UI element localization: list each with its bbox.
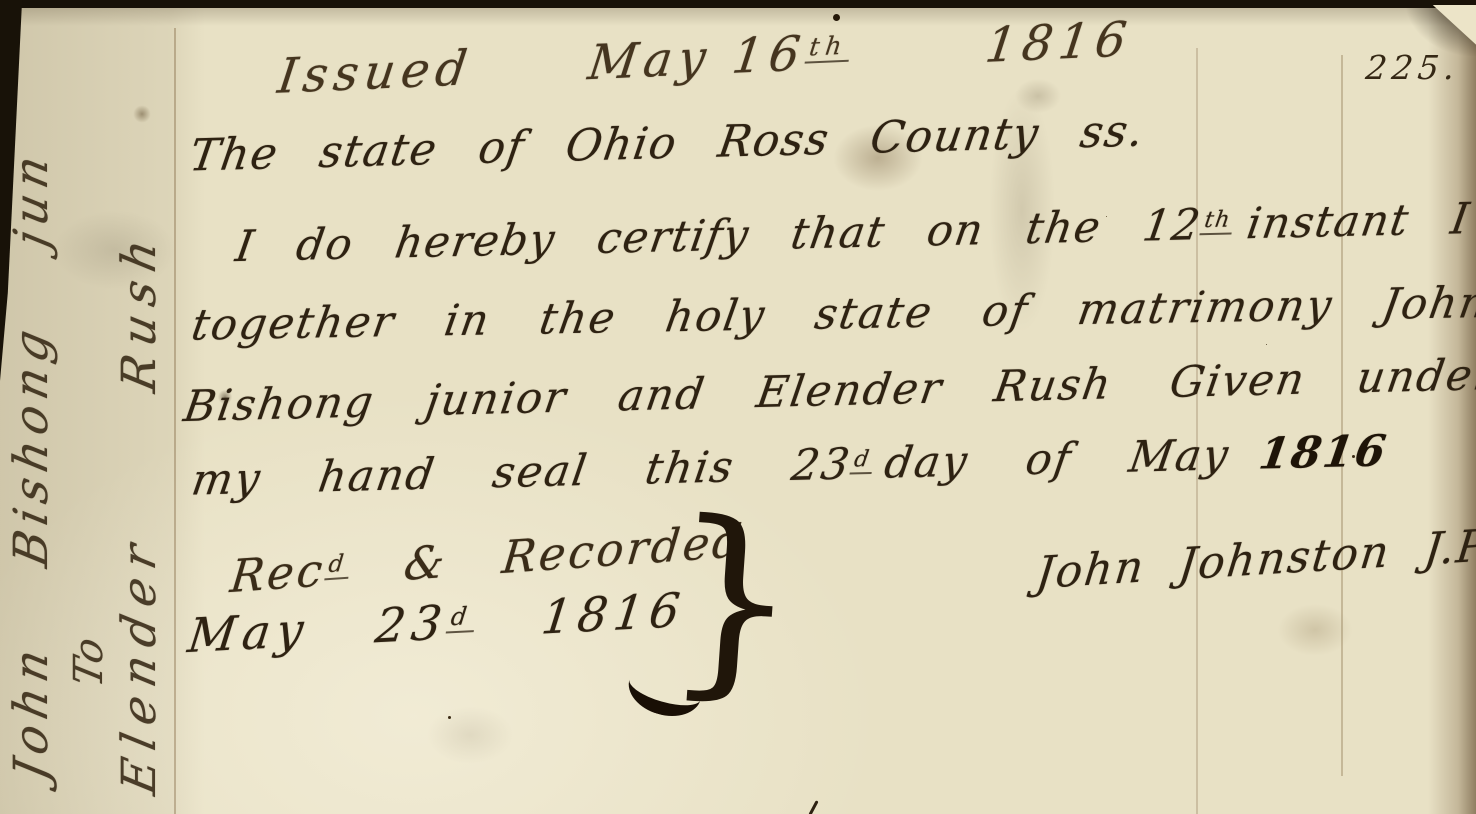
issued-date: May 16	[585, 25, 809, 91]
jurisdiction-line: The state of Ohio Ross County ss.	[186, 105, 1148, 181]
recorded-date-sup: d	[446, 600, 477, 633]
certify-text-1a: I do hereby certify that on the 12	[232, 200, 1204, 272]
certify-text-2: together in the holy state of matrimony …	[188, 278, 1476, 351]
recorded-abbrev-sup: d	[324, 549, 351, 581]
margin-connector: To	[66, 0, 112, 691]
certify-text-4b: day of May	[881, 430, 1233, 489]
cutoff-pen-stroke	[808, 800, 818, 814]
paper-background: 225. John Bishong jun To Elender Rush Is…	[0, 0, 1476, 814]
certification-line-1: I do hereby certify that on the 12thinst…	[232, 190, 1476, 272]
issued-word: Issued	[275, 40, 477, 105]
issued-year: 1816	[982, 11, 1135, 74]
scan-edge-top	[0, 0, 1476, 8]
justice-signature: John Johnston J.P.	[1033, 520, 1476, 600]
scanned-record-page: 225. John Bishong jun To Elender Rush Is…	[0, 0, 1476, 814]
certify-ordinal-th: th	[1199, 206, 1236, 235]
margin-index: John Bishong jun To Elender Rush	[4, 0, 176, 814]
recorded-date: May 23	[185, 595, 451, 664]
certify-text-1b: instant I joined	[1243, 190, 1476, 249]
certify-text-3b: Given under	[1166, 350, 1476, 408]
certify-text-3a: Bishong junior and Elender Rush	[180, 359, 1116, 432]
margin-bride-name: Elender Rush	[112, 0, 174, 801]
issued-line: Issued May 16th 1816	[275, 11, 1136, 105]
column-rule-right	[1341, 55, 1343, 776]
certification-line-3: Bishong junior and Elender RushGiven und…	[180, 350, 1476, 432]
certify-year: 1816	[1256, 426, 1391, 479]
certify-ordinal-d: d	[849, 446, 876, 475]
certification-line-2: together in the holy state of matrimony …	[188, 275, 1476, 350]
recorded-abbrev: Rec	[228, 543, 328, 603]
issued-date-ordinal: th	[804, 31, 852, 64]
